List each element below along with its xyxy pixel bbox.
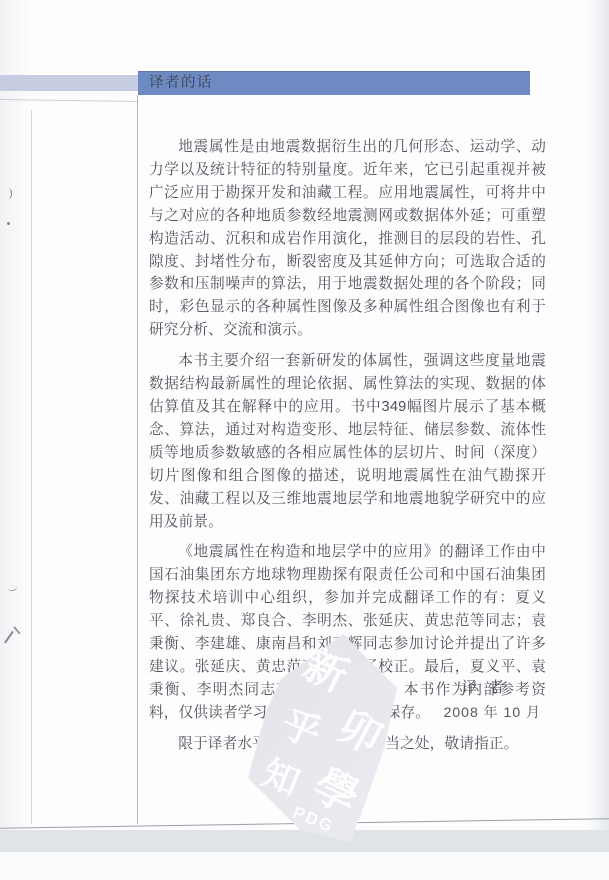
bottom-gray-band	[0, 830, 609, 852]
scan-speck	[7, 222, 10, 225]
page-right-shading	[587, 0, 609, 880]
page-left-shading	[0, 0, 31, 880]
scan-gutter-line	[31, 110, 32, 824]
paragraph-1: 地震属性是由地震数据衍生出的几何形态、运动学、动力学以及统计特征的特别量度。近年…	[149, 136, 546, 342]
scan-speck	[5, 188, 12, 199]
page-title: 译者的话	[149, 72, 213, 95]
signature-date: 2008 年 10 月	[444, 702, 541, 722]
header-bar-left-segment	[0, 75, 138, 91]
bottom-light-band	[0, 852, 609, 880]
header-bar: 译者的话	[138, 71, 530, 95]
text-margin-rule	[137, 95, 138, 824]
translator-signature: 译 者	[462, 676, 508, 697]
scanned-page: 译者的话 地震属性是由地震数据衍生出的几何形态、运动学、动力学以及统计特征的特别…	[0, 0, 609, 880]
paragraph-2: 本书主要介绍一套新研发的体属性，强调这些度量地震数据结构最新属性的理论依据、属性…	[149, 350, 546, 533]
